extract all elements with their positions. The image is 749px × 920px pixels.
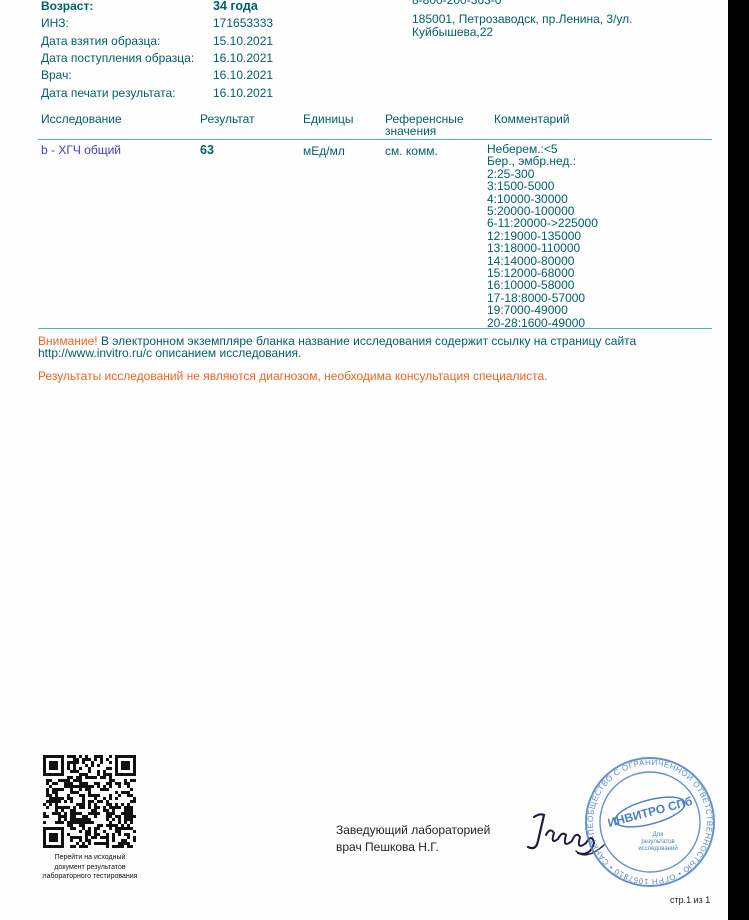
reference-value: см. комм. <box>385 144 438 158</box>
disclaimer-text: Результаты исследований не являются диаг… <box>38 370 548 383</box>
stamp-sub2: результатов <box>641 839 674 845</box>
col-header-comment: Комментарий <box>494 113 570 125</box>
comment-line: 16:10000-58000 <box>487 279 598 291</box>
qr-code[interactable] <box>43 755 136 848</box>
table-bottom-divider <box>38 328 712 329</box>
col-header-units: Единицы <box>303 113 354 125</box>
comment-line: 19:7000-49000 <box>487 304 598 316</box>
comment-line: 6-11:20000->225000 <box>487 217 598 229</box>
inz-label: ИНЗ: <box>41 16 69 30</box>
result-value: 63 <box>200 143 214 157</box>
doctor-label: Врач: <box>41 68 72 82</box>
stamp-sub3: исследований <box>638 845 677 852</box>
stamp-sub1: Для <box>653 832 664 838</box>
qr-caption-line2: документ результатов <box>36 863 144 873</box>
table-header-divider <box>38 139 712 140</box>
print-date-value: 16.10.2021 <box>213 86 273 100</box>
comment-line: 3:1500-5000 <box>487 180 598 192</box>
age-label: Возраст: <box>41 0 93 13</box>
col-header-result: Результат <box>200 113 255 125</box>
comment-line: 13:18000-110000 <box>487 242 598 254</box>
test-name-link[interactable]: b - ХГЧ общий <box>41 143 121 157</box>
units-value: мЕд/мл <box>303 144 345 158</box>
col-header-test: Исследование <box>41 113 122 125</box>
qr-caption-line1: Перейти на исходный <box>36 853 144 863</box>
sample-taken-date-value: 15.10.2021 <box>213 34 273 48</box>
signature-title-line1: Заведующий лабораторией <box>336 822 490 839</box>
sample-taken-date-label: Дата взятия образца: <box>41 34 160 48</box>
col-header-reference: Референсные значения <box>385 113 464 137</box>
sample-received-date-label: Дата поступления образца: <box>41 51 194 65</box>
lab-result-page: Возраст: 34 года ИНЗ: 171653333 Дата взя… <box>0 0 728 920</box>
inz-value: 171653333 <box>213 16 273 30</box>
page-number: стр.1 из 1 <box>670 895 710 905</box>
lab-phone: 8-800-200-363-0 <box>412 0 501 7</box>
link-suffix: с описанием исследования. <box>146 346 301 360</box>
invitro-link[interactable]: http://www.invitro.ru/ <box>38 346 146 360</box>
signature-title-line2: врач Пешкова Н.Г. <box>336 839 490 856</box>
lab-address-line1: 185001, Петрозаводск, пр.Ленина, 3/ул. <box>412 12 633 26</box>
comment-reference-ranges: Неберем.:<5Бер., эмбр.нед.:2:25-3003:150… <box>487 143 598 329</box>
attention-link-line: http://www.invitro.ru/с описанием исслед… <box>38 347 301 360</box>
age-value: 34 года <box>213 0 258 13</box>
col-header-reference-line2: значения <box>385 125 464 137</box>
lab-address-line2: Куйбышева,22 <box>412 25 493 39</box>
signature-title: Заведующий лабораторией врач Пешкова Н.Г… <box>336 822 490 856</box>
sample-received-date-value: 16.10.2021 <box>213 51 273 65</box>
print-date-label: Дата печати результата: <box>41 86 176 100</box>
qr-caption-line3: лабораторного тестирования <box>36 872 144 882</box>
comment-line: Бер., эмбр.нед.: <box>487 155 598 167</box>
doctor-value: 16.10.2021 <box>213 68 273 82</box>
lab-stamp: ОБЩЕСТВО С ОГРАНИЧЕННОЙ ОТВЕТСТВЕННОСТЬЮ… <box>580 752 720 892</box>
qr-caption: Перейти на исходный документ результатов… <box>36 853 144 882</box>
